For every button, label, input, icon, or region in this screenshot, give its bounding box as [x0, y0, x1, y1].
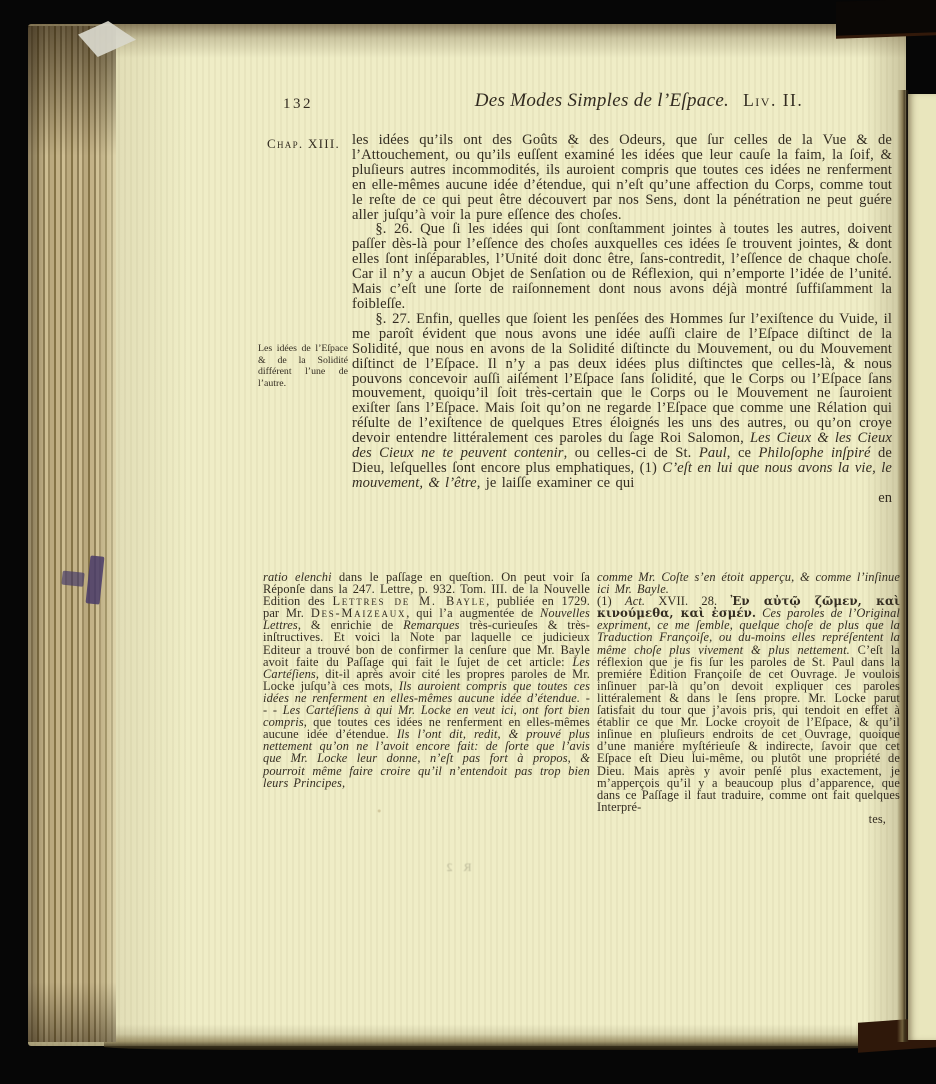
paragraph-continuation: les idées qu’ils ont des Goûts & des Ode…: [352, 133, 892, 222]
footnote-continuation-end: comme Mr. Coſte s’en étoit apperçu, & co…: [597, 571, 900, 595]
book-part-label: Liv. II.: [743, 90, 803, 110]
catchword: en: [352, 491, 892, 506]
running-title: Des Modes Simples de l’Eſpace.: [475, 90, 729, 111]
show-through-text: R 2: [392, 860, 522, 875]
page-bottom-edge: [104, 1034, 904, 1050]
footnote-continuation: ratio elenchi dans le paſſage en queſtio…: [263, 571, 590, 789]
main-text-block: les idées qu’ils ont des Goûts & des Ode…: [352, 133, 892, 506]
scanned-book-photo: R 2 132 Des Modes Simples de l’Eſpace. L…: [0, 0, 936, 1084]
footnote-1: (1) Act. XVII. 28. Ἐν αὐτῷ ζῶμεν, καὶ κι…: [597, 595, 900, 813]
running-head: Des Modes Simples de l’Eſpace. Liv. II.: [398, 90, 880, 112]
binding-corner-top: [836, 0, 936, 36]
paragraph-section-26: §. 26. Que ſi les idées qui ſont conſtam…: [352, 222, 892, 311]
facing-page-edge: [908, 94, 936, 1040]
paragraph-section-27: §. 27. Enfin, quelles que ſoient les pen…: [352, 312, 892, 491]
page-stack-fore-edge: [28, 26, 116, 1042]
footnote-left-column: ratio elenchi dans le paſſage en queſtio…: [263, 571, 590, 789]
chapter-label: Chap. XIII.: [267, 136, 340, 152]
page-number: 132: [283, 96, 313, 113]
footnote-catchword: tes,: [597, 813, 900, 825]
margin-side-note: Les idées de l’Eſpace & de la Solidité d…: [258, 343, 348, 389]
footnote-right-column: comme Mr. Coſte s’en étoit apperçu, & co…: [597, 571, 900, 825]
